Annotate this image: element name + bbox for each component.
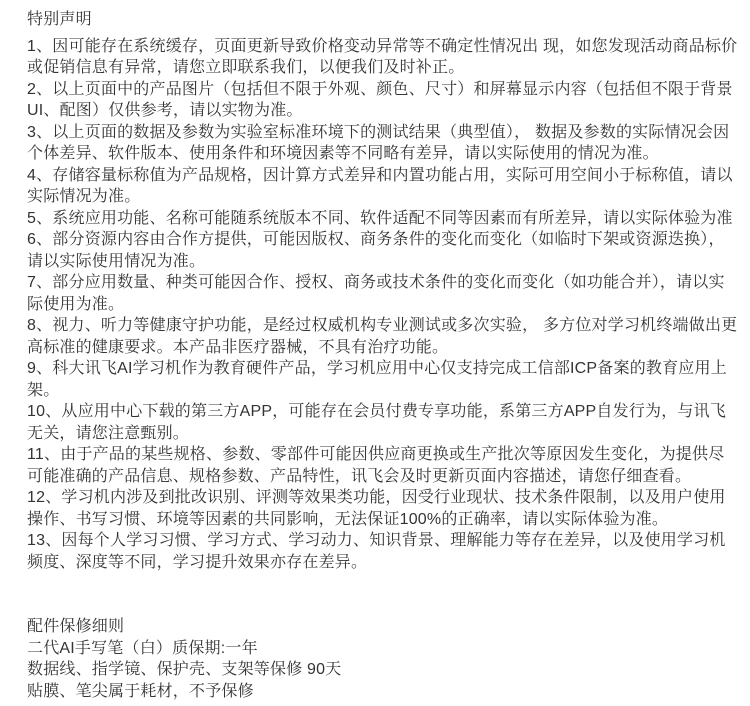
statement-line: 高标准的健康要求。本产品非医疗器械，不具有治疗功能。 — [27, 337, 730, 359]
warranty-line: 贴膜、笔尖属于耗材，不予保修 — [27, 681, 730, 703]
statement-line: 2、以上页面中的产品图片（包括但不限于外观、颜色、尺寸）和屏幕显示内容（包括但不… — [27, 79, 730, 101]
statement-line: 12、学习机内涉及到批改识别、评测等效果类功能，因受行业现状、技术条件限制，以及… — [27, 487, 730, 509]
statement-line: 可能准确的产品信息、规格参数、产品特性，讯飞会及时更新页面内容描述，请您仔细查看… — [27, 466, 730, 488]
statement-line: 5、系统应用功能、名称可能随系统版本不同、软件适配不同等因素而有所差异，请以实际… — [27, 208, 730, 230]
statement-line: 6、部分资源内容由合作方提供，可能因版权、商务条件的变化而变化（如临时下架或资源… — [27, 229, 730, 251]
statement-line: 个体差异、软件版本、使用条件和环境因素等不同略有差异，请以实际使用的情况为准。 — [27, 143, 730, 165]
statement-line: 或促销信息有异常，请您立即联系我们，以便我们及时补正。 — [27, 57, 730, 79]
warranty-heading: 配件保修细则 — [27, 616, 730, 638]
warranty-line: 数据线、指学镜、保护壳、支架等保修 90天 — [27, 659, 730, 681]
special-statement-heading: 特别声明 — [27, 9, 730, 31]
statement-line: 9、科大讯飞AI学习机作为教育硬件产品，学习机应用中心仅支持完成工信部ICP备案… — [27, 358, 730, 380]
statement-line: 实际情况为准。 — [27, 186, 730, 208]
section-gap — [27, 573, 730, 616]
statement-line: UI、配图）仅供参考，请以实物为准。 — [27, 100, 730, 122]
statement-line: 操作、书写习惯、环境等因素的共同影响，无法保证100%的正确率，请以实际体验为准… — [27, 509, 730, 531]
special-statement-section: 特别声明 1、因可能存在系统缓存，页面更新导致价格变动异常等不确定性情况出 现，… — [27, 9, 730, 573]
warranty-line: 二代AI手写笔（白）质保期:一年 — [27, 638, 730, 660]
statement-line: 1、因可能存在系统缓存，页面更新导致价格变动异常等不确定性情况出 现，如您发现活… — [27, 36, 730, 58]
statement-line: 10、从应用中心下载的第三方APP，可能存在会员付费专享功能，系第三方APP自发… — [27, 401, 730, 423]
statement-line: 架。 — [27, 380, 730, 402]
statement-line: 请以实际使用情况为准。 — [27, 251, 730, 273]
statement-line: 3、以上页面的数据及参数为实验室标准环境下的测试结果（典型值）， 数据及参数的实… — [27, 122, 730, 144]
statement-line: 4、存储容量标称值为产品规格，因计算方式差异和内置功能占用，实际可用空间小于标称… — [27, 165, 730, 187]
statement-line: 11、由于产品的某些规格、参数、零部件可能因供应商更换或生产批次等原因发生变化，… — [27, 444, 730, 466]
disclaimer-page: 特别声明 1、因可能存在系统缓存，页面更新导致价格变动异常等不确定性情况出 现，… — [0, 0, 750, 706]
statement-line: 际使用为准。 — [27, 294, 730, 316]
warranty-section: 配件保修细则 二代AI手写笔（白）质保期:一年 数据线、指学镜、保护壳、支架等保… — [27, 616, 730, 702]
statement-line: 频度、深度等不同，学习提升效果亦存在差异。 — [27, 552, 730, 574]
statement-line: 8、视力、听力等健康守护功能，是经过权威机构专业测试或多次实验， 多方位对学习机… — [27, 315, 730, 337]
statement-line: 13、因每个人学习习惯、学习方式、学习动力、知识背景、理解能力等存在差异，以及使… — [27, 530, 730, 552]
statement-line: 无关，请您注意甄别。 — [27, 423, 730, 445]
statement-line: 7、部分应用数量、种类可能因合作、授权、商务或技术条件的变化而变化（如功能合并）… — [27, 272, 730, 294]
